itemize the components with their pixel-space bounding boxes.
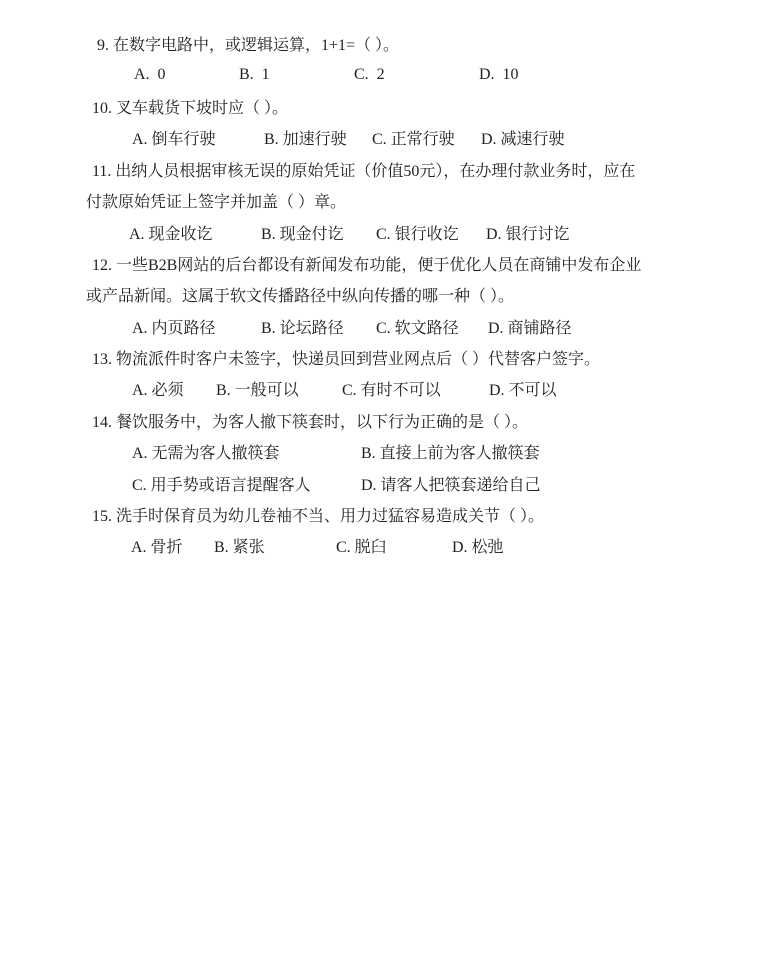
question-9-option-C: C. 2 (354, 66, 479, 84)
question-15: 15. 洗手时保育员为幼儿卷袖不当、用力过猛容易造成关节（ ）。A. 骨折B. … (86, 499, 738, 562)
question-9-options-row: A. 0B. 1C. 2D. 10 (86, 59, 738, 90)
question-11-stem-line: 11. 出纳人员根据审核无误的原始凭证（价值50元），在办理付款业务时，应在 (86, 154, 738, 185)
question-15-option-C: C. 脱臼 (336, 534, 452, 557)
question-11-option-D: D. 银行讨讫 (486, 221, 570, 244)
question-11-option-A: A. 现金收讫 (129, 221, 261, 244)
question-13: 13. 物流派件时客户未签字，快递员回到营业网点后（ ）代替客户签字。A. 必须… (86, 342, 738, 405)
question-15-options-row: A. 骨折B. 紧张C. 脱臼D. 松弛 (86, 530, 738, 561)
question-14-option-A: A. 无需为客人撤筷套 (132, 440, 361, 463)
question-9-stem-line: 9. 在数字电路中，或逻辑运算，1+1=（ ）。 (86, 28, 738, 59)
question-14-options-row: A. 无需为客人撤筷套B. 直接上前为客人撤筷套 (86, 436, 738, 467)
question-14-option-D: D. 请客人把筷套递给自己 (361, 472, 541, 495)
question-11: 11. 出纳人员根据审核无误的原始凭证（价值50元），在办理付款业务时，应在付款… (86, 154, 738, 248)
question-15-option-D: D. 松弛 (452, 534, 504, 557)
question-12-option-B: B. 论坛路径 (261, 315, 376, 338)
question-15-option-B: B. 紧张 (214, 534, 336, 557)
question-14-option-C: C. 用手势或语言提醒客人 (132, 472, 361, 495)
question-9: 9. 在数字电路中，或逻辑运算，1+1=（ ）。A. 0B. 1C. 2D. 1… (86, 28, 738, 91)
question-14-option-B: B. 直接上前为客人撤筷套 (361, 440, 540, 463)
question-11-option-B: B. 现金付讫 (261, 221, 376, 244)
question-12-option-A: A. 内页路径 (132, 315, 261, 338)
question-10-option-C: C. 正常行驶 (372, 126, 481, 149)
question-10: 10. 叉车载货下坡时应（ ）。A. 倒车行驶B. 加速行驶C. 正常行驶D. … (86, 91, 738, 154)
question-12-stem-line: 或产品新闻。这属于软文传播路径中纵向传播的哪一种（ ）。 (86, 279, 738, 310)
question-13-option-A: A. 必须 (132, 377, 216, 400)
question-13-option-B: B. 一般可以 (216, 377, 342, 400)
question-13-option-C: C. 有时不可以 (342, 377, 489, 400)
question-13-stem-line: 13. 物流派件时客户未签字，快递员回到营业网点后（ ）代替客户签字。 (86, 342, 738, 373)
question-15-stem-line: 15. 洗手时保育员为幼儿卷袖不当、用力过猛容易造成关节（ ）。 (86, 499, 738, 530)
question-11-options-row: A. 现金收讫B. 现金付讫C. 银行收讫D. 银行讨讫 (86, 216, 738, 247)
question-13-option-D: D. 不可以 (489, 377, 557, 400)
question-10-options-row: A. 倒车行驶B. 加速行驶C. 正常行驶D. 减速行驶 (86, 122, 738, 153)
question-9-option-A: A. 0 (134, 66, 239, 84)
question-12-option-C: C. 软文路径 (376, 315, 488, 338)
question-15-option-A: A. 骨折 (131, 534, 214, 557)
question-10-option-A: A. 倒车行驶 (132, 126, 264, 149)
exam-page: 9. 在数字电路中，或逻辑运算，1+1=（ ）。A. 0B. 1C. 2D. 1… (0, 0, 758, 958)
question-list: 9. 在数字电路中，或逻辑运算，1+1=（ ）。A. 0B. 1C. 2D. 1… (86, 28, 738, 562)
question-10-stem-line: 10. 叉车载货下坡时应（ ）。 (86, 91, 738, 122)
question-13-options-row: A. 必须B. 一般可以C. 有时不可以D. 不可以 (86, 373, 738, 404)
question-10-option-D: D. 减速行驶 (481, 126, 565, 149)
question-11-option-C: C. 银行收讫 (376, 221, 486, 244)
question-14: 14. 餐饮服务中，为客人撤下筷套时，以下行为正确的是（ ）。A. 无需为客人撤… (86, 405, 738, 499)
question-9-option-B: B. 1 (239, 66, 354, 84)
question-14-stem-line: 14. 餐饮服务中，为客人撤下筷套时，以下行为正确的是（ ）。 (86, 405, 738, 436)
question-10-option-B: B. 加速行驶 (264, 126, 372, 149)
question-12-option-D: D. 商铺路径 (488, 315, 572, 338)
question-11-stem-line: 付款原始凭证上签字并加盖（ ）章。 (86, 185, 738, 216)
question-14-options-row: C. 用手势或语言提醒客人D. 请客人把筷套递给自己 (86, 467, 738, 498)
question-12-stem-line: 12. 一些B2B网站的后台都设有新闻发布功能，便于优化人员在商铺中发布企业 (86, 248, 738, 279)
question-12-options-row: A. 内页路径B. 论坛路径C. 软文路径D. 商铺路径 (86, 311, 738, 342)
question-12: 12. 一些B2B网站的后台都设有新闻发布功能，便于优化人员在商铺中发布企业或产… (86, 248, 738, 342)
question-9-option-D: D. 10 (479, 66, 519, 84)
